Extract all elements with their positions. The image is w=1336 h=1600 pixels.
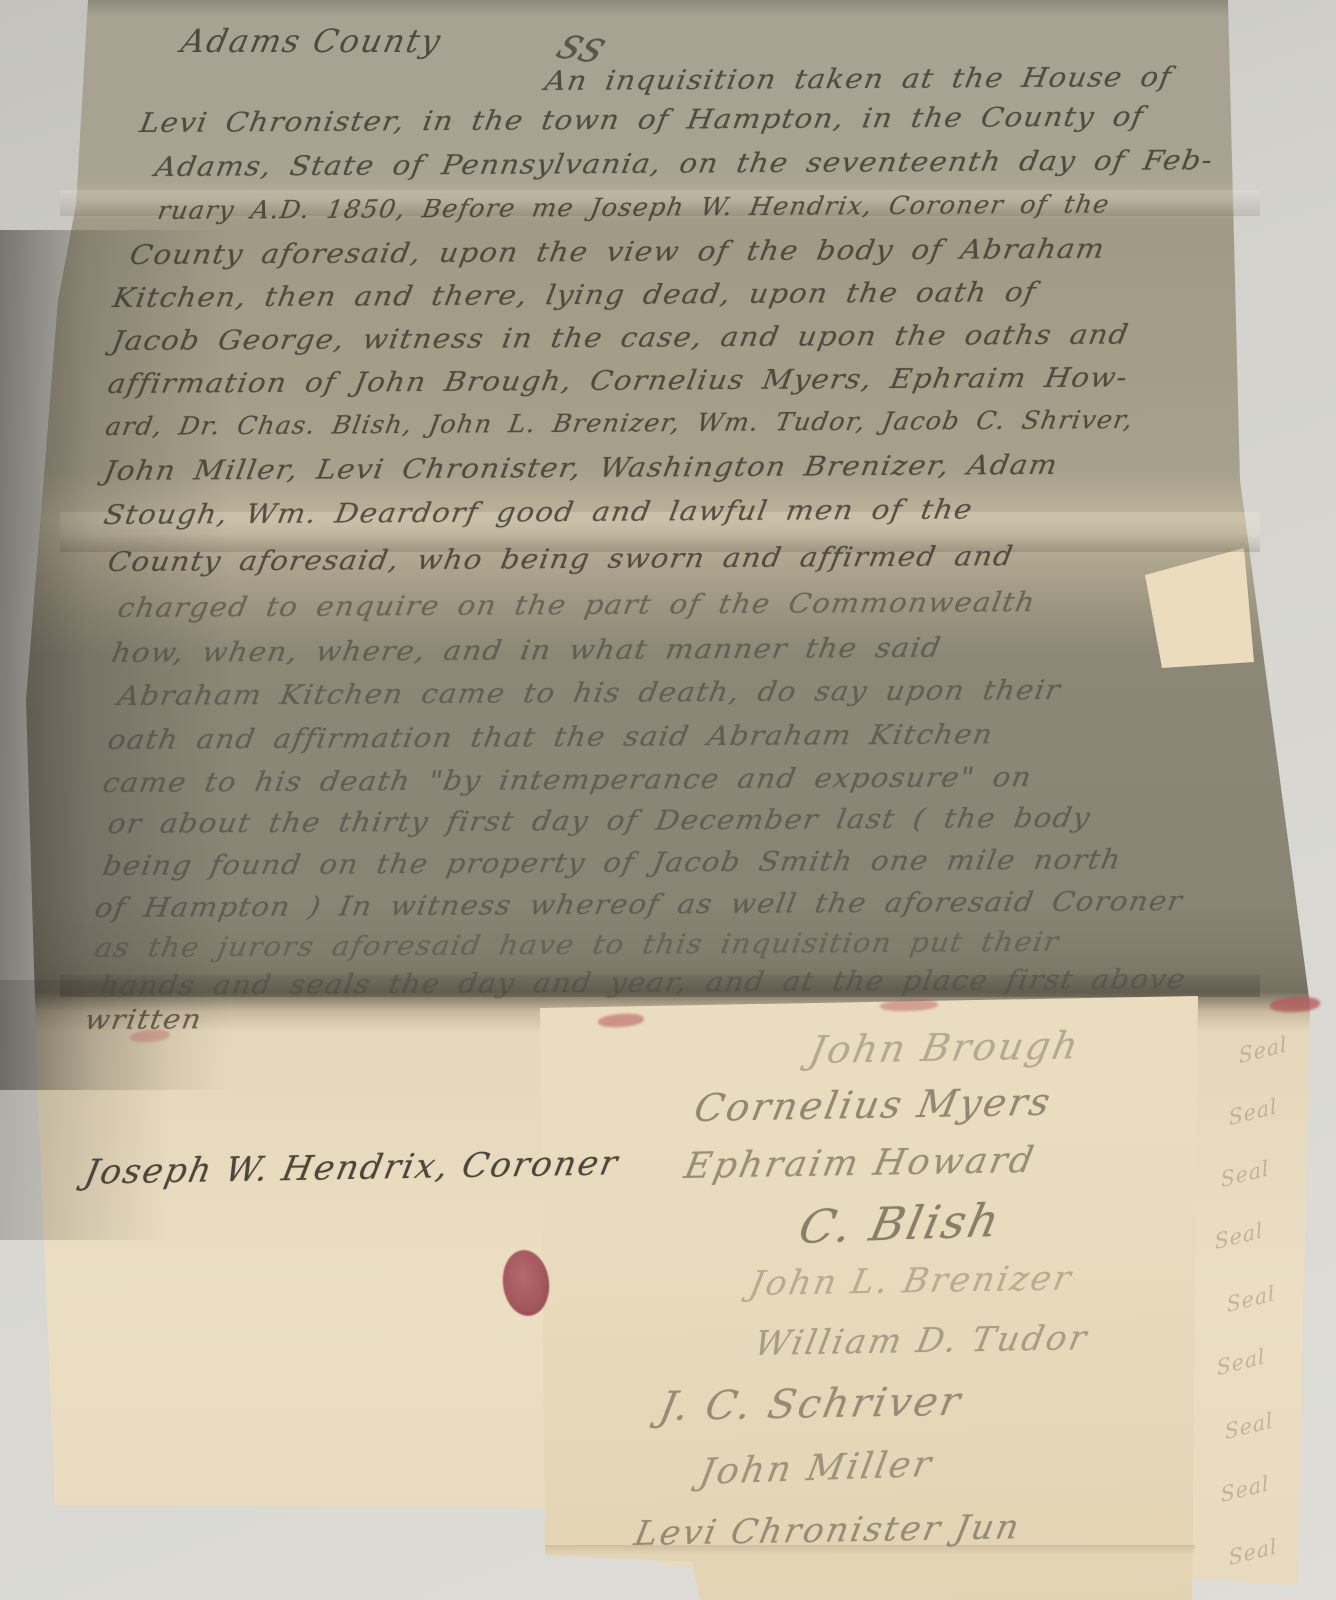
- juror-signature: Ephraim Howard: [681, 1140, 1039, 1187]
- body-line: charged to enquire on the part of the Co…: [115, 587, 1038, 624]
- body-line: Levi Chronister, in the town of Hampton,…: [137, 102, 1146, 139]
- body-line: Kitchen, then and there, lying dead, upo…: [110, 277, 1038, 314]
- body-line: Jacob George, witness in the case, and u…: [109, 319, 1131, 357]
- body-line: John Miller, Levi Chronister, Washington…: [101, 450, 1060, 487]
- body-line: came to his death "by intemperance and e…: [100, 762, 1034, 799]
- juror-signature: J. C. Schriver: [656, 1379, 967, 1430]
- body-line: or about the thirty first day of Decembe…: [105, 803, 1093, 840]
- body-line: oath and affirmation that the said Abrah…: [105, 719, 995, 756]
- body-line: Abraham Kitchen came to his death, do sa…: [115, 675, 1063, 712]
- body-line: how, when, where, and in what manner the…: [109, 633, 943, 669]
- wax-smudge: [1270, 996, 1321, 1014]
- juror-signature: C. Blish: [794, 1193, 1006, 1254]
- juror-signature: John Miller: [696, 1444, 936, 1493]
- juror-signature: William D. Tudor: [751, 1318, 1092, 1364]
- juror-signature: Cornelius Myers: [691, 1080, 1056, 1130]
- body-line: County aforesaid, who being sworn and af…: [105, 541, 1016, 578]
- heading-county: Adams County: [178, 22, 446, 60]
- document-photo: Adams County ss An inquisition taken at …: [0, 0, 1336, 1600]
- body-line: County aforesaid, upon the view of the b…: [127, 234, 1107, 271]
- juror-signature: John Brough: [806, 1023, 1084, 1072]
- body-line: affirmation of John Brough, Cornelius My…: [105, 362, 1130, 400]
- body-line: being found on the property of Jacob Smi…: [100, 844, 1123, 882]
- juror-signature: John L. Brenizer: [746, 1258, 1076, 1304]
- juror-signature: Levi Chronister Jun: [631, 1507, 1024, 1554]
- body-line: An inquisition taken at the House of: [542, 62, 1174, 97]
- body-line: Stough, Wm. Deardorf good and lawful men…: [101, 494, 975, 531]
- body-line: as the jurors aforesaid have to this inq…: [92, 927, 1061, 964]
